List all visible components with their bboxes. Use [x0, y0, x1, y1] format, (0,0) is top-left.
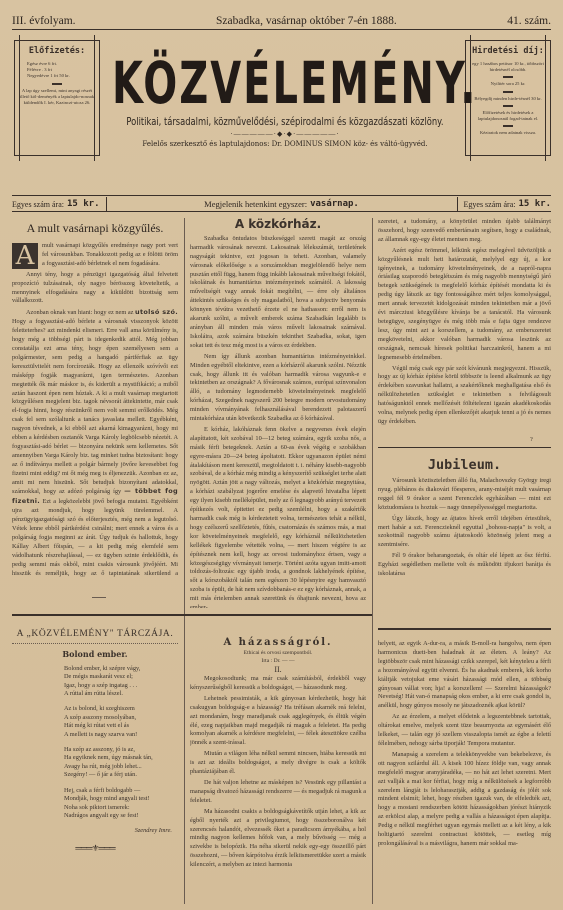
newspaper-title: KÖZVÉLEMÉNY. — [112, 52, 458, 145]
poem-line: Hát még ki rútat vett el ás — [64, 722, 178, 730]
newspaper-page: III. évfolyam. Szabadka, vasárnap októbe… — [0, 0, 563, 910]
schedule: Megjelenik hetenkint egyszer:vasárnap. — [106, 197, 458, 211]
poem-line: A rúttal ám rútta lészel. — [64, 690, 178, 698]
poem-line: Bolond ember, ki szépre vágy, — [64, 665, 178, 673]
subscription-box: Előfizetés: Egész évre 6 frt. Félévre . … — [14, 40, 100, 156]
paragraph: Azonban oknak van hiani: hogy ez nem az … — [12, 308, 178, 578]
poem-line: Mondják, hogy mind angyali test! — [64, 795, 178, 803]
article-jubileum: Jubileum. Városunk köztiszteletben álló … — [378, 450, 551, 590]
issue-number: 41. szám. — [507, 15, 551, 27]
paragraph: Manapság a szerelem a telekkönyvekbe van… — [378, 751, 551, 849]
byline: Irta : Dr. — — — [190, 657, 366, 665]
masthead-rule — [12, 195, 551, 196]
ads-box: Hirdetési díj: egy 1 hasábos petitsor 10… — [465, 40, 551, 156]
rate-quarter: Negyedévre 1 frt 50 kr. — [19, 73, 95, 79]
box-divider — [503, 76, 513, 78]
ads-item: Nyilttér sora 25 kr. — [470, 81, 546, 87]
schedule-label: Megjelenik hetenkint egyszer: — [204, 199, 307, 209]
poem-title: Bolond ember. — [12, 650, 178, 659]
column-divider — [184, 218, 185, 904]
article-signature: ? — [530, 436, 533, 443]
article-korhaz: A közkórház. Szabadka öntudatos büszkesé… — [190, 218, 366, 608]
tarcza-section: A „KÖZVÉLEMÉNY" TÁRCZÁJA. Bolond ember. … — [12, 620, 178, 853]
poem-line: Az is bolond, ki szeghiszem — [64, 705, 178, 713]
paragraph: De hát valjon lehetne az másképen is? Ve… — [190, 779, 366, 806]
schedule-value: vasárnap. — [310, 199, 359, 209]
article-title: A közkórház. — [190, 220, 366, 229]
stanza: Ha szép az asszony, jó is az, Ha egyikne… — [64, 746, 178, 780]
section-rule — [12, 614, 372, 616]
paragraph: Ma házasodni csakis a boldogságkávetítők… — [190, 808, 366, 870]
price-right: Egyes szám ára:15 kr. — [464, 197, 552, 211]
dotted-rule — [12, 643, 178, 644]
stanza: Az is bolond, ki szeghiszem A szép asszo… — [64, 705, 178, 739]
paragraph: helyett, az egyik A-dur-ra, a másik B-mo… — [378, 640, 551, 711]
stanza: Bolond ember, ki szépre vágy, De mégis m… — [64, 665, 178, 699]
poem-line: Nadrágos angyalt egy se fest! — [64, 812, 178, 820]
box-divider — [503, 91, 513, 93]
subscription-title: Előfizetés: — [19, 46, 95, 57]
paragraph: Azért egész örömmel, lelkünk egész meleg… — [378, 247, 551, 363]
ads-title: Hirdetési díj: — [470, 46, 546, 57]
poem-line: Noha sok piktort ismerek: — [64, 804, 178, 812]
ads-item: Bélyegdíj minden hirde-tésnél 30 kr. — [470, 96, 546, 102]
paragraph: Városunk köztiszteletben álló fia, Malac… — [378, 477, 551, 513]
section-rule — [378, 628, 551, 630]
paragraph: Fél 9 órakor beharangoztak, és oltár elé… — [378, 552, 551, 579]
flourish-ornament: ═══⚜═══ — [12, 844, 178, 853]
ads-item: Kéziratok nem adatnak vissza. — [470, 130, 546, 136]
poem-line: Igaz, hogy a szép ingatag . . . — [64, 682, 178, 690]
article-kozgyules: A mult vasárnapi közgyűlés. Amult vasárn… — [12, 218, 178, 578]
poem-line: A mellett is nagy szarva van! — [64, 731, 178, 739]
paragraph: Lehetnek pessimisták, a kik gúnyosan kér… — [190, 695, 366, 748]
poem-line: Avagy ha rút, még jobb lehet... — [64, 763, 178, 771]
paragraph: Úgy látszik, hogy az ájtatos hívek erről… — [378, 515, 551, 551]
article-subtitle: Ethicai és orvosi szempontból. — [190, 649, 366, 657]
text-run: Hogy a fogyasztási-adó bérlete a városna… — [12, 318, 178, 495]
paragraph: Nem így állunk azonban humanitárius inté… — [190, 353, 366, 424]
paragraph: mult vasárnapi közgyűlés eredménye nagy … — [42, 242, 178, 267]
price-label: Egyes szám ára: — [464, 200, 516, 209]
newspaper-subtitle: Politikai, társadalmi, közművelődési, sz… — [110, 116, 459, 129]
header-line: III. évfolyam. Szabadka, vasárnap októbe… — [12, 13, 551, 27]
box-divider — [503, 125, 513, 127]
box-divider — [503, 105, 513, 107]
paragraph: Miután a világon léha nélkül semmi nincs… — [190, 750, 366, 777]
poem-author: Szendrey Imre. — [12, 827, 172, 836]
emphasis: utolsó szó. — [135, 308, 178, 316]
price-value: 15 kr. — [67, 199, 100, 209]
tarcza-heading: A „KÖZVÉLEMÉNY" TÁRCZÁJA. — [12, 630, 178, 639]
poem-line: Ha szép az asszony, jó is az, — [64, 746, 178, 754]
ads-item: Előfizetések és hirdetések a laptulajdon… — [470, 110, 546, 122]
price-value: 15 kr. — [518, 199, 551, 209]
price-left: Egyes szám ára:15 kr. — [12, 197, 100, 211]
poem-line: Szegény! — ő jár a férj után. — [64, 771, 178, 779]
article-rule — [378, 447, 551, 448]
paragraph: Szabadka öntudatos büszkeséggel szereti … — [190, 235, 366, 351]
article-hazassag: A házasságról. Ethicai és orvosi szempon… — [190, 636, 366, 906]
subscription-note: A lap úgy szellemi, mint anyagi részét i… — [19, 88, 95, 107]
box-divider — [52, 83, 62, 85]
paragraph: Az az érzelem, a melyet elődeink a legsz… — [378, 713, 551, 749]
poem-line: De mégis maskarát vesz el; — [64, 673, 178, 681]
article-hazassag-continued: helyett, az egyik A-dur-ra, a másik B-mo… — [378, 640, 551, 906]
column-divider — [372, 218, 373, 904]
paragraph: Annyi tény, hogy a pénzügyi igazgatóság … — [12, 271, 178, 307]
paragraph: Megokosodtunk; ma már csak számításból, … — [190, 675, 366, 693]
drop-cap: A — [12, 243, 38, 269]
header-rule — [12, 29, 551, 30]
poem-line: Hej, csak a férfi boldogabb — — [64, 787, 178, 795]
masthead: KÖZVÉLEMÉNY. Politikai, társadalmi, közm… — [112, 52, 458, 149]
article-title: Jubileum. — [378, 456, 551, 474]
text-run: Ezt a legközelebbi jövő befogja mutatni.… — [12, 498, 178, 578]
paragraph: szeretet, a tudomány, a könyörület minde… — [378, 218, 551, 245]
paragraph: Végül még csak egy pár szót kívánunk meg… — [378, 365, 551, 427]
ads-item: egy 1 hasábos petitsor 10 kr., többszöri… — [470, 61, 546, 73]
paragraph: E kórház, lakóháznak fenn ökelve a negyv… — [190, 426, 366, 608]
price-label: Egyes szám ára: — [12, 200, 64, 209]
text-run: Azonban oknak van hiani: hogy ez nem az — [26, 309, 135, 316]
poem-line: Ha egyiknek nem, úgy másnak tán, — [64, 754, 178, 762]
article-korhaz-continued: szeretet, a tudomány, a könyörület minde… — [378, 218, 551, 443]
end-dash — [92, 597, 106, 598]
info-bar: Egyes szám ára:15 kr. Megjelenik hetenki… — [12, 197, 551, 212]
article-title: A mult vasárnapi közgyűlés. — [12, 220, 178, 236]
dateline: Szabadka, vasárnap október 7-én 1888. — [216, 15, 397, 27]
poem-line: A szép asszony mosolyában, — [64, 714, 178, 722]
article-title: A házasságról. — [190, 636, 366, 649]
volume-label: III. évfolyam. — [12, 15, 76, 27]
stanza: Hej, csak a férfi boldogabb — Mondják, h… — [64, 787, 178, 821]
part-number: II. — [190, 665, 366, 675]
